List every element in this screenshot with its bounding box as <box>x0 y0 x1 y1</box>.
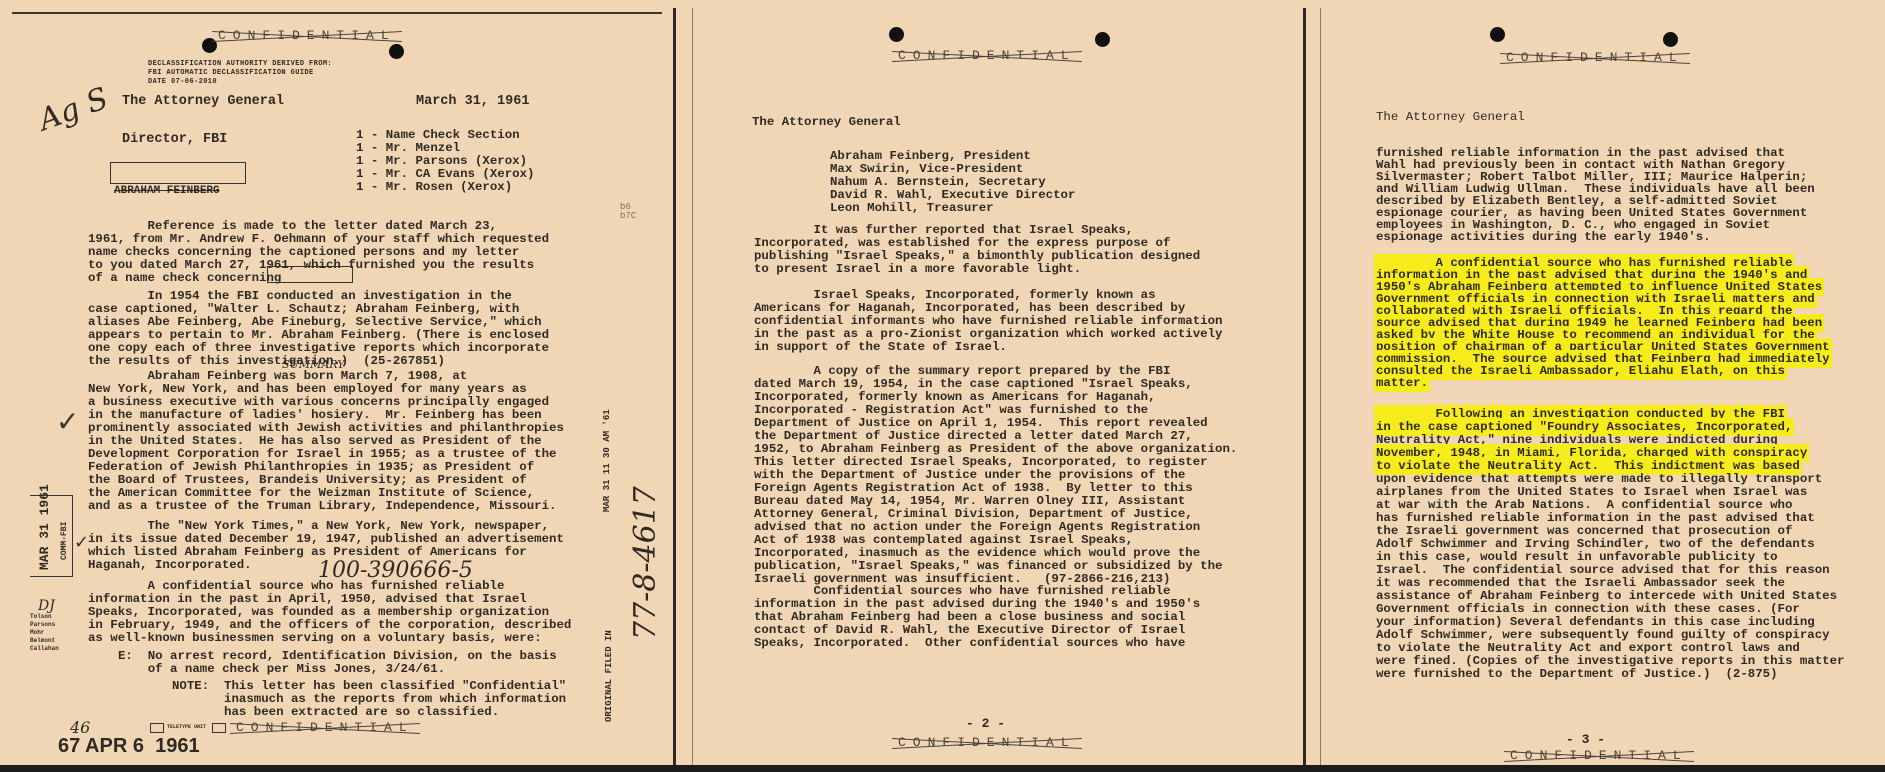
classification-mark-bottom: CONFIDENTIAL <box>236 720 414 735</box>
page-divider <box>673 8 676 765</box>
memo-to: The Attorney General <box>122 95 284 109</box>
page-divider <box>1303 8 1306 765</box>
exemption-code: b7C <box>620 209 636 223</box>
officer: Leon Mohill, Treasurer <box>830 202 994 216</box>
teletype-label: TELETYPE UNIT <box>167 724 206 730</box>
teletype-checkbox <box>212 723 226 733</box>
redaction-box <box>110 162 246 184</box>
page-3: CONFIDENTIAL The Attorney General furnis… <box>1330 0 1885 765</box>
memo-to: The Attorney General <box>752 115 901 129</box>
routing-label: Callahan <box>30 646 59 652</box>
teletype-checkbox <box>150 723 164 733</box>
punch-hole-icon <box>889 27 904 42</box>
distribution-item: 1 - Mr. CA Evans (Xerox) <box>356 167 534 181</box>
memo-subject: ABRAHAM FEINBERG <box>114 184 220 198</box>
routing-label: Belmont <box>30 638 55 644</box>
routing-label: Tolson <box>30 614 52 620</box>
classification-mark-top: CONFIDENTIAL <box>218 28 396 43</box>
viewer-bottom-bar <box>0 765 1885 772</box>
handwritten-initials: Ag S <box>34 81 113 138</box>
classification-mark-bottom: CONFIDENTIAL <box>1510 748 1688 763</box>
handwritten-initials-dj: DJ <box>38 598 55 614</box>
declassification-line: FBI AUTOMATIC DECLASSIFICATION GUIDE <box>148 69 314 78</box>
punch-hole-icon <box>389 44 404 59</box>
punch-hole-icon <box>1490 27 1505 42</box>
memo-to: The Attorney General <box>1376 110 1525 124</box>
mailed-stamp-label: COMM-FBI <box>58 522 72 560</box>
enclosure-note: of a name check per Miss Jones, 3/24/61. <box>118 663 445 677</box>
punch-hole-icon <box>1663 32 1678 47</box>
page-divider <box>1320 8 1321 765</box>
handwritten-margin-number: 77-8-4617 <box>628 486 663 640</box>
page-number: - 2 - <box>966 716 1005 731</box>
page-number: - 3 - <box>1566 732 1605 747</box>
received-stamp: 67 APR 6 1961 <box>58 735 200 757</box>
distribution-item: 1 - Mr. Parsons (Xerox) <box>356 154 527 168</box>
page-2: CONFIDENTIAL The Attorney General Abraha… <box>700 0 1250 765</box>
classification-mark-bottom: CONFIDENTIAL <box>898 735 1076 750</box>
checkmark-icon: ✓ <box>56 405 79 438</box>
routing-label: Parsons <box>30 622 55 628</box>
declassification-line: DECLASSIFICATION AUTHORITY DERIVED FROM: <box>148 60 332 69</box>
original-filed-in-label: ORIGINAL FILED IN <box>602 630 616 722</box>
declassification-line: DATE 07-06-2010 <box>148 78 217 87</box>
checkmark-icon: ✓ <box>74 532 89 553</box>
classification-mark-top: CONFIDENTIAL <box>898 48 1076 63</box>
vertical-received-stamp: MAR 31 11 30 AM '61 <box>600 409 614 512</box>
page-1: CONFIDENTIAL DECLASSIFICATION AUTHORITY … <box>0 0 680 765</box>
redaction-box <box>267 266 353 283</box>
distribution-item: 1 - Mr. Rosen (Xerox) <box>356 180 512 194</box>
distribution-item: 1 - Name Check Section <box>356 128 520 142</box>
punch-hole-icon <box>1095 32 1110 47</box>
page-divider <box>692 8 693 765</box>
routing-label: Mohr <box>30 630 44 636</box>
mailed-stamp-date: MAR 31 1961 <box>38 484 52 570</box>
memo-date: March 31, 1961 <box>416 95 529 109</box>
classification-mark-top: CONFIDENTIAL <box>1506 50 1684 65</box>
memo-from: Director, FBI <box>122 133 227 147</box>
distribution-item: 1 - Mr. Menzel <box>356 141 460 155</box>
classification-note: has been extracted are so classified. <box>172 706 499 720</box>
